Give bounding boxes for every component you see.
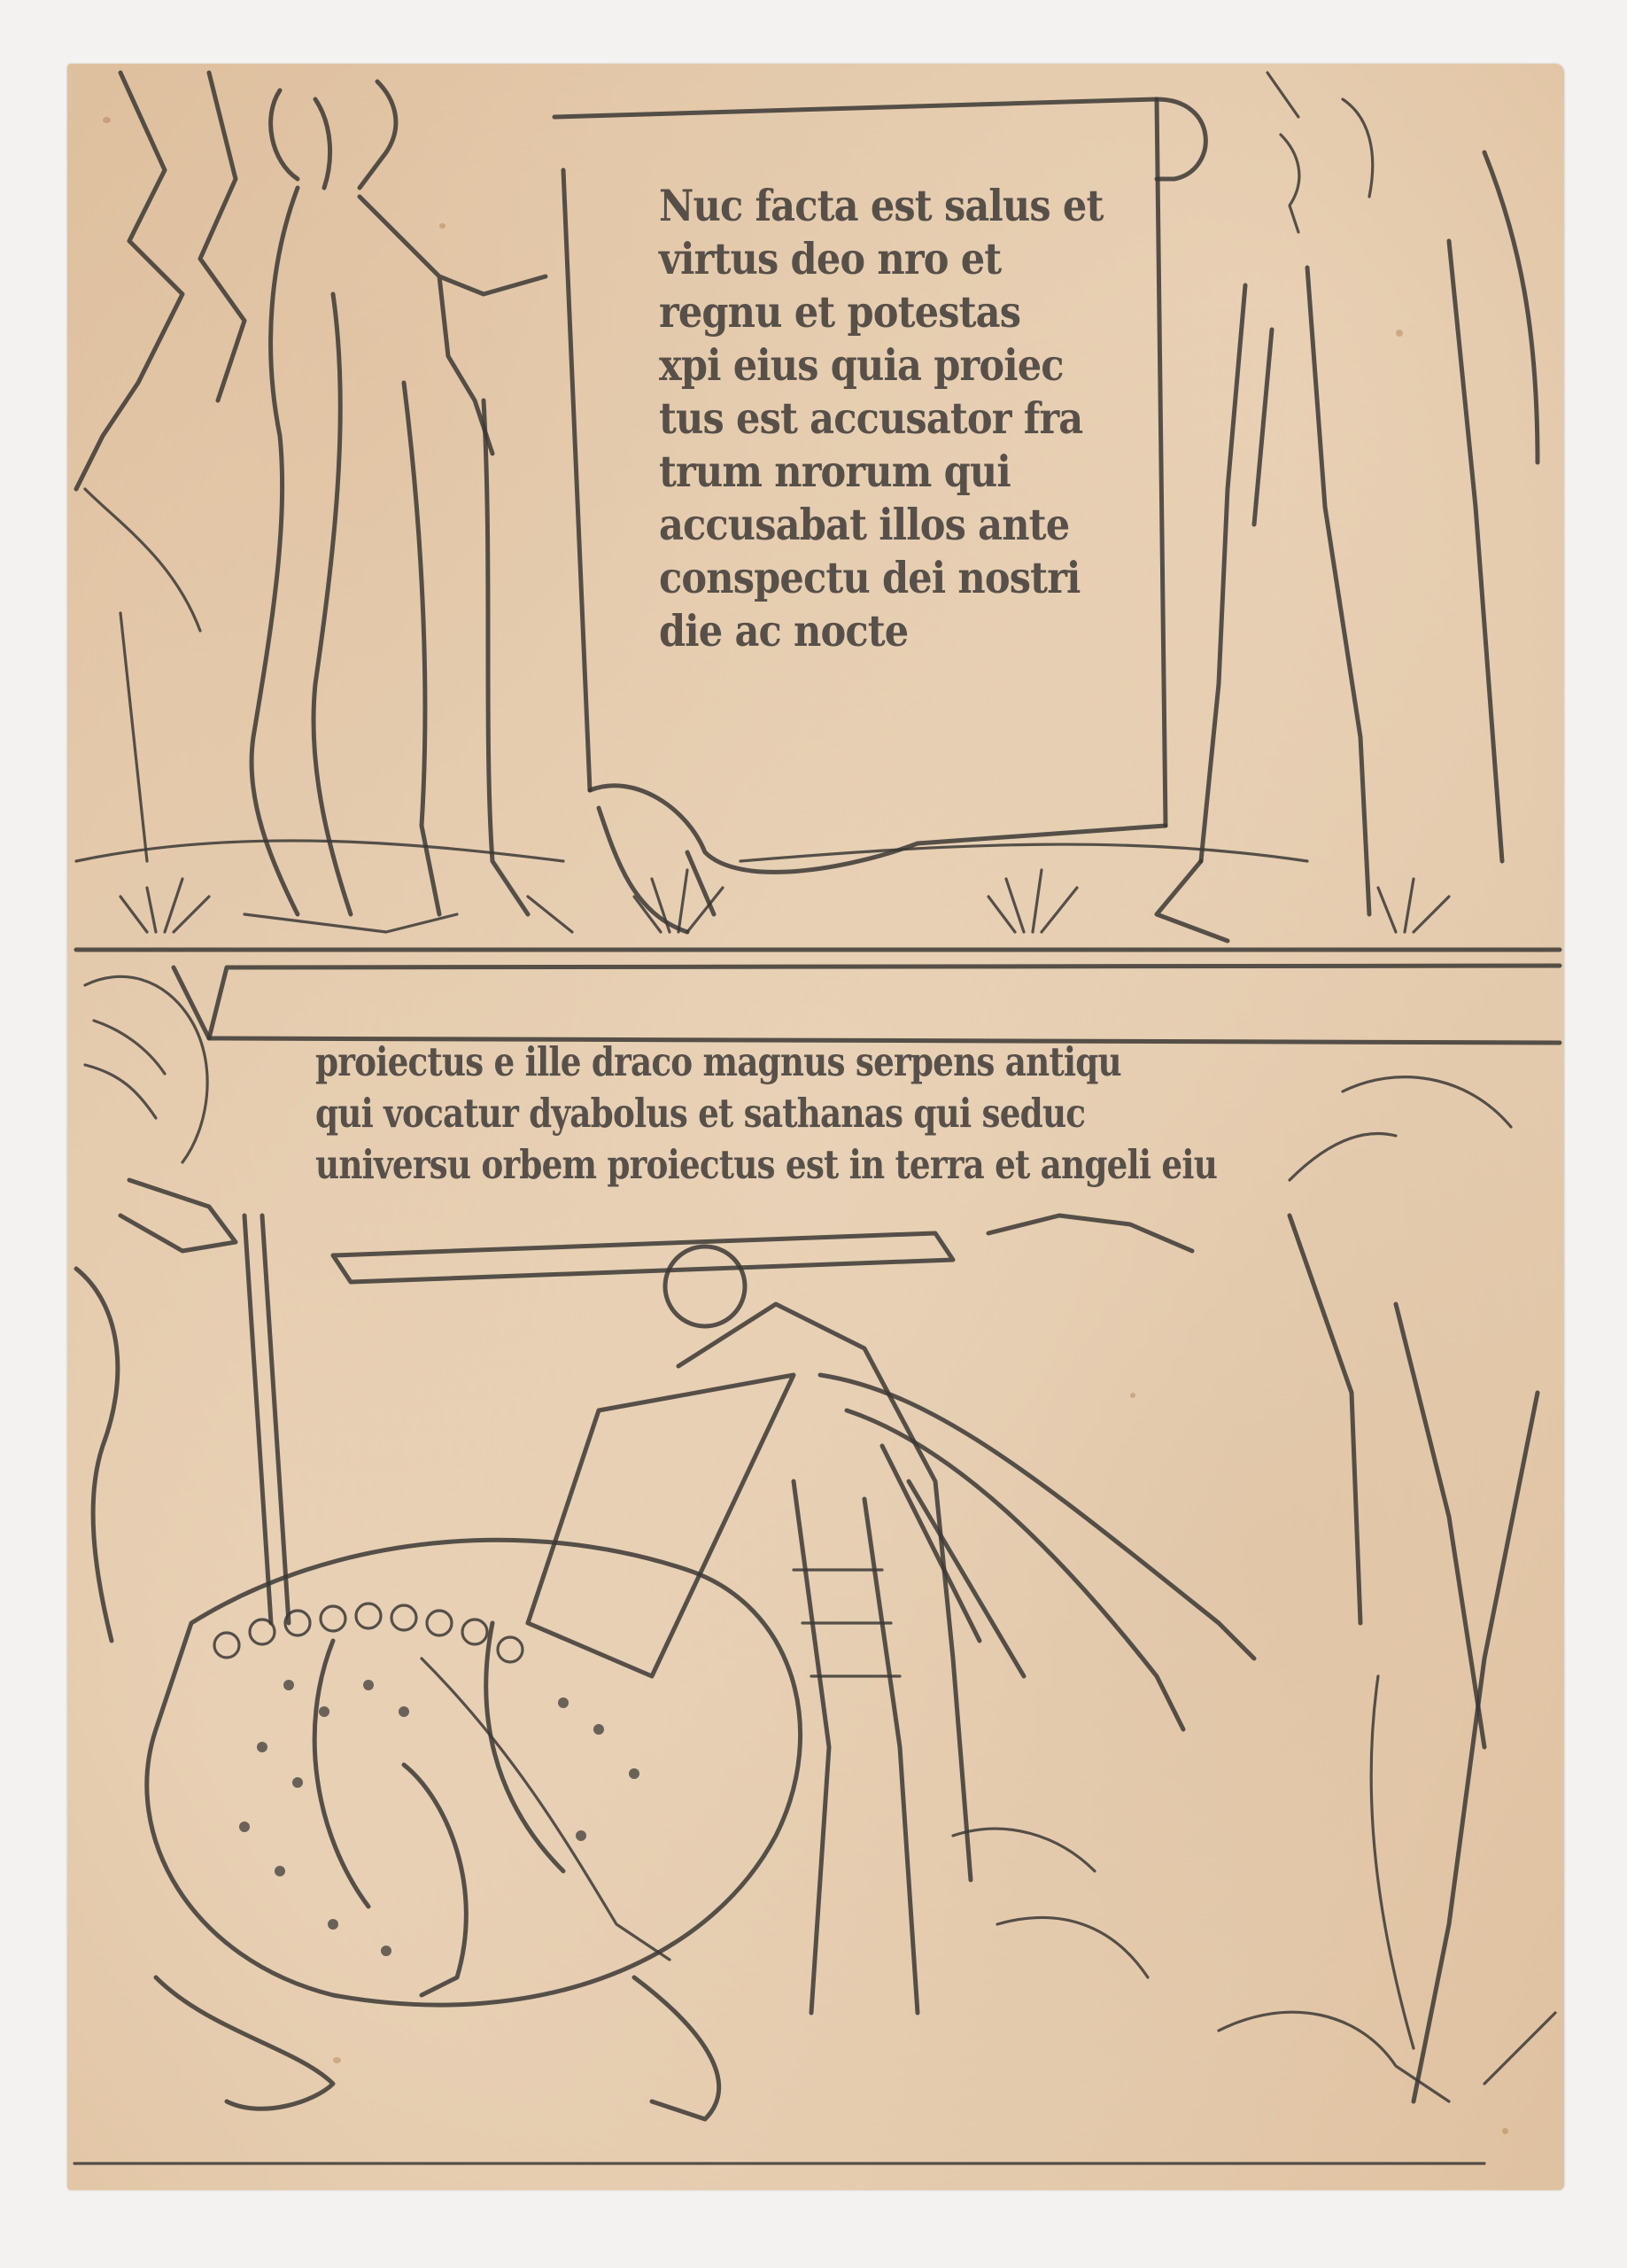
foxing-spot [1130,1393,1135,1398]
scroll-line: trum nrorum qui [659,445,1220,498]
foxing-spot [1502,2128,1508,2134]
scroll-line: conspectu dei nostri [659,551,1220,604]
scroll-line: accusabat illos ante [659,498,1220,551]
right-angel-lower [1290,1077,1555,2101]
banner-line: proiectus e ille draco magnus serpens an… [315,1037,1217,1088]
shield [528,1375,794,1676]
left-angel-wing [76,73,244,861]
dragon [147,1540,1449,2119]
banner-top [209,966,1560,1038]
left-angel-lance [76,976,289,1641]
foxing-spot [439,223,445,229]
blockbook-leaf: Nuc facta est salus et virtus deo nro et… [67,64,1564,2190]
scroll-line: xpi eius quia proiec [659,338,1220,392]
foxing-spot [103,117,111,123]
scroll-line: virtus deo nro et [659,232,1220,285]
banner-line: universu orbem proiectus est in terra et… [315,1139,1217,1191]
scroll-line: regnu et potestas [659,285,1220,338]
banner-line: qui vocatur dyabolus et sathanas qui sed… [315,1088,1217,1139]
banner-inscription: proiectus e ille draco magnus serpens an… [315,1037,1402,1191]
foxing-spot [333,2057,341,2063]
scroll-inscription: Nuc facta est salus et virtus deo nro et… [659,179,1297,657]
robed-figure-left [244,82,572,932]
st-michael [333,1216,1254,2013]
scroll-line: die ac nocte [659,604,1220,657]
foxing-spot [1396,330,1403,337]
scroll-line: tus est accusator fra [659,392,1220,445]
banner-bottom [174,967,1560,1043]
scroll-line: Nuc facta est salus et [659,179,1220,232]
